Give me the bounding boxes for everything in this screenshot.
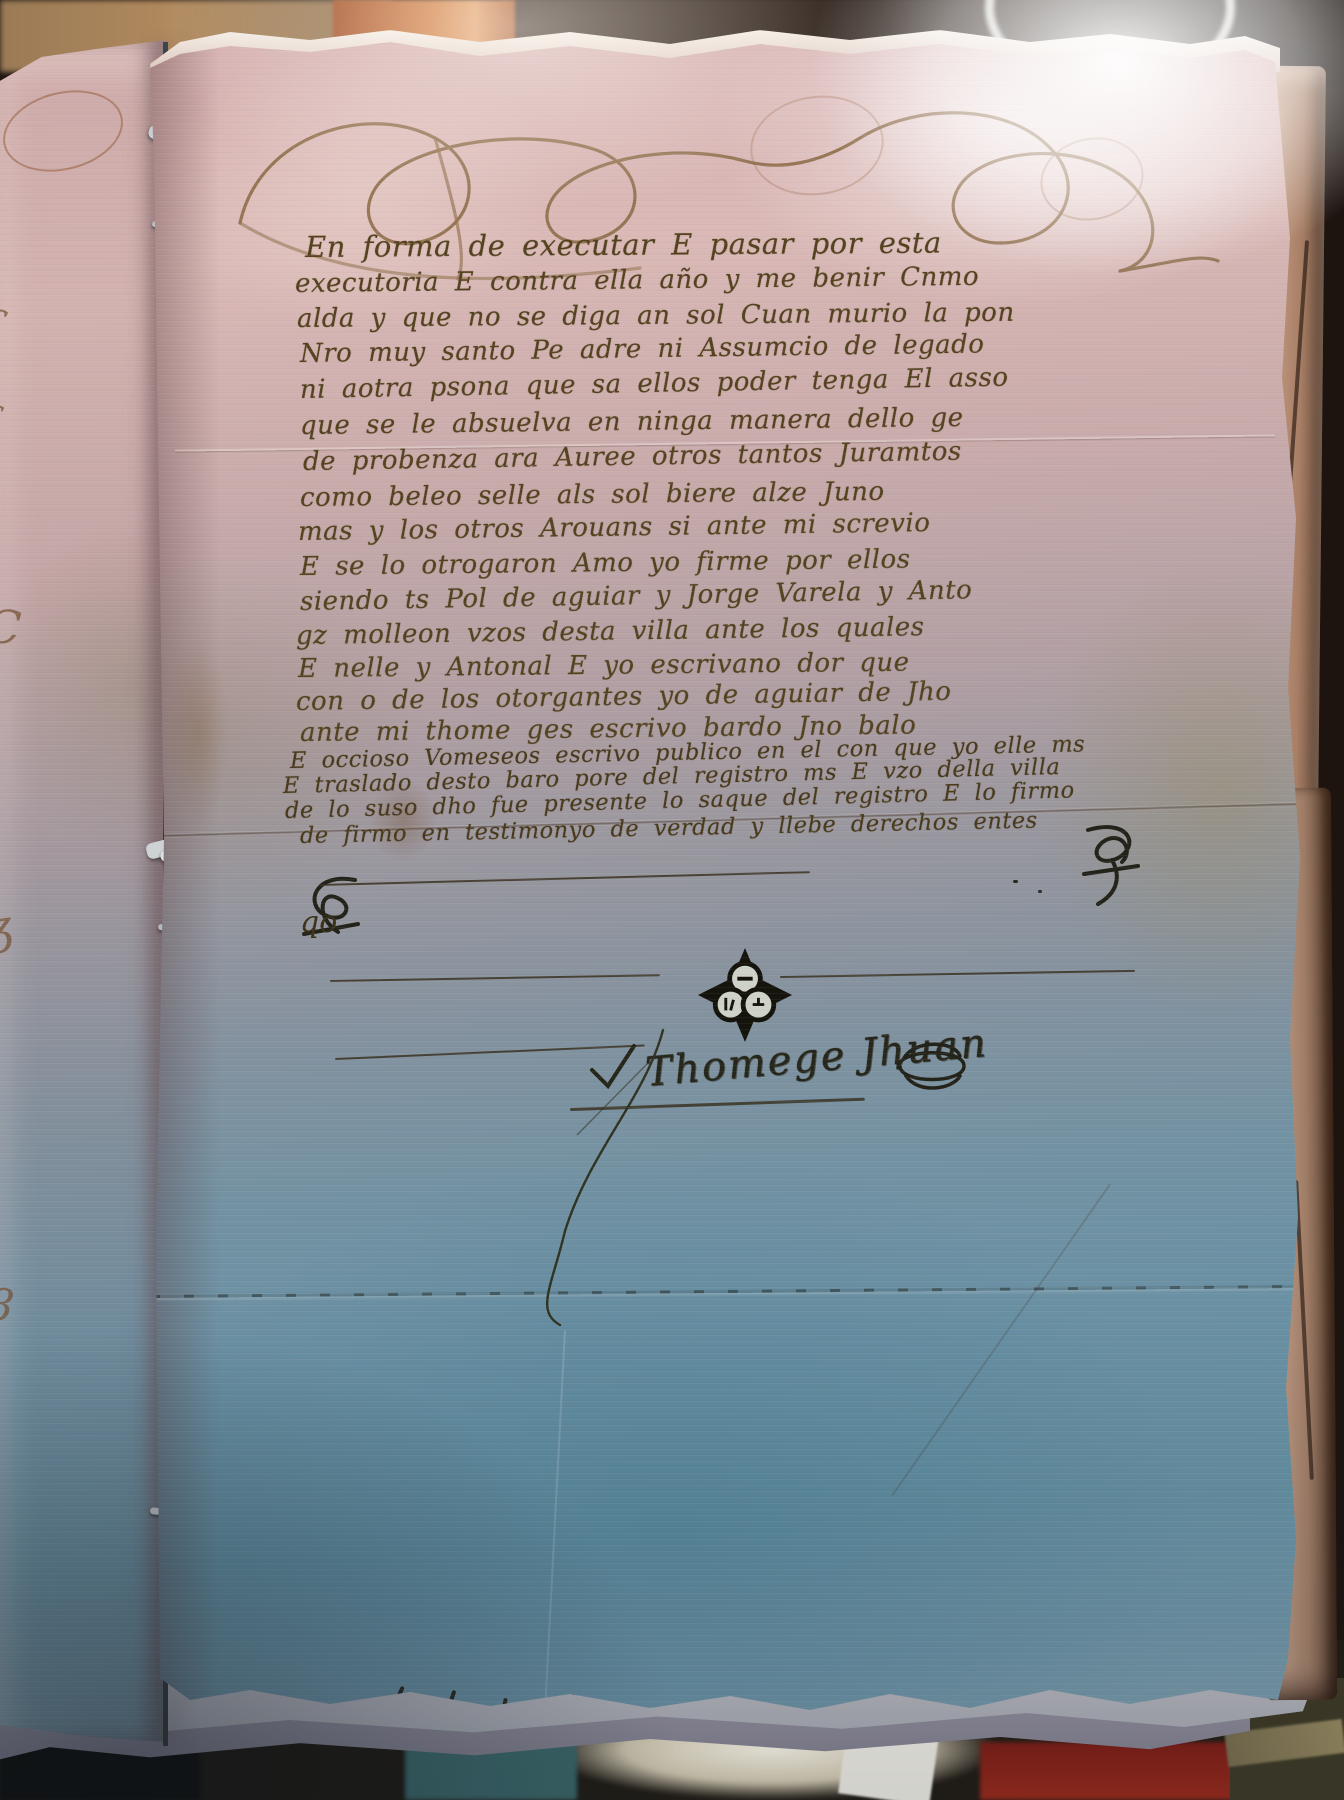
signature-rubric <box>892 1028 974 1110</box>
manuscript-line: alda y que no se diga an sol Cuan murio … <box>297 299 1015 334</box>
margin-fragment: C <box>0 599 23 655</box>
ink-speck <box>1013 880 1018 883</box>
manuscript-photo: ʃ ɾ C ʒ 8 <box>0 0 1344 1800</box>
pen-rule <box>320 871 810 886</box>
margin-fragment: 8 <box>0 1279 17 1333</box>
rubric-flourish-right <box>1078 814 1144 910</box>
manuscript-line: En forma de executar E pasar por esta <box>305 228 942 264</box>
manuscript-line: que se le absuelva en ninga manera dello… <box>300 404 964 441</box>
manuscript-line: gz molleon vzos desta villa ante los qua… <box>296 613 925 650</box>
vertical-crease <box>542 1330 566 1750</box>
manuscript-line: siendo ts Pol de aguiar y Jorge Varela y… <box>300 576 973 616</box>
manuscript-line: de probenza ara Auree otros tantos Juram… <box>303 438 962 477</box>
pen-rule <box>780 970 1135 978</box>
pen-rule <box>330 974 660 982</box>
margin-fragment: ʒ <box>0 898 16 955</box>
notarial-sign <box>697 946 793 1044</box>
margin-fragment: ɾ <box>0 391 6 434</box>
manuscript-line: executoria E contra ella año y me benir … <box>295 263 979 299</box>
margin-fragment: ʃ <box>0 299 5 349</box>
manuscript-line: como beleo selle als sol biere alze Juno <box>300 478 885 513</box>
facing-page: ʃ ɾ C ʒ 8 <box>0 40 166 1742</box>
manuscript-line: mas y los otros Arouans si ante mi screv… <box>298 509 931 546</box>
manuscript-line: E se lo otrogaron Amo yo firme por ellos <box>300 546 911 582</box>
ink-speck <box>1038 890 1042 893</box>
red-fabric <box>980 1742 1236 1800</box>
diagonal-crease <box>891 1184 1111 1496</box>
signature-descender-stroke <box>530 1023 690 1343</box>
manuscript-line: ni aotra psona que sa ellos poder tenga … <box>300 364 1009 405</box>
fold-crease <box>150 1285 1300 1298</box>
marginal-mark: qo <box>300 908 337 938</box>
manuscript-page: En forma de executar E pasar por esta ex… <box>150 38 1300 1738</box>
manuscript-line: Nro muy santo Pe adre ni Assumcio de leg… <box>300 330 985 368</box>
ink-oval-doodle <box>0 78 132 183</box>
paper-texture <box>0 40 166 1742</box>
damp-stain <box>166 638 230 828</box>
